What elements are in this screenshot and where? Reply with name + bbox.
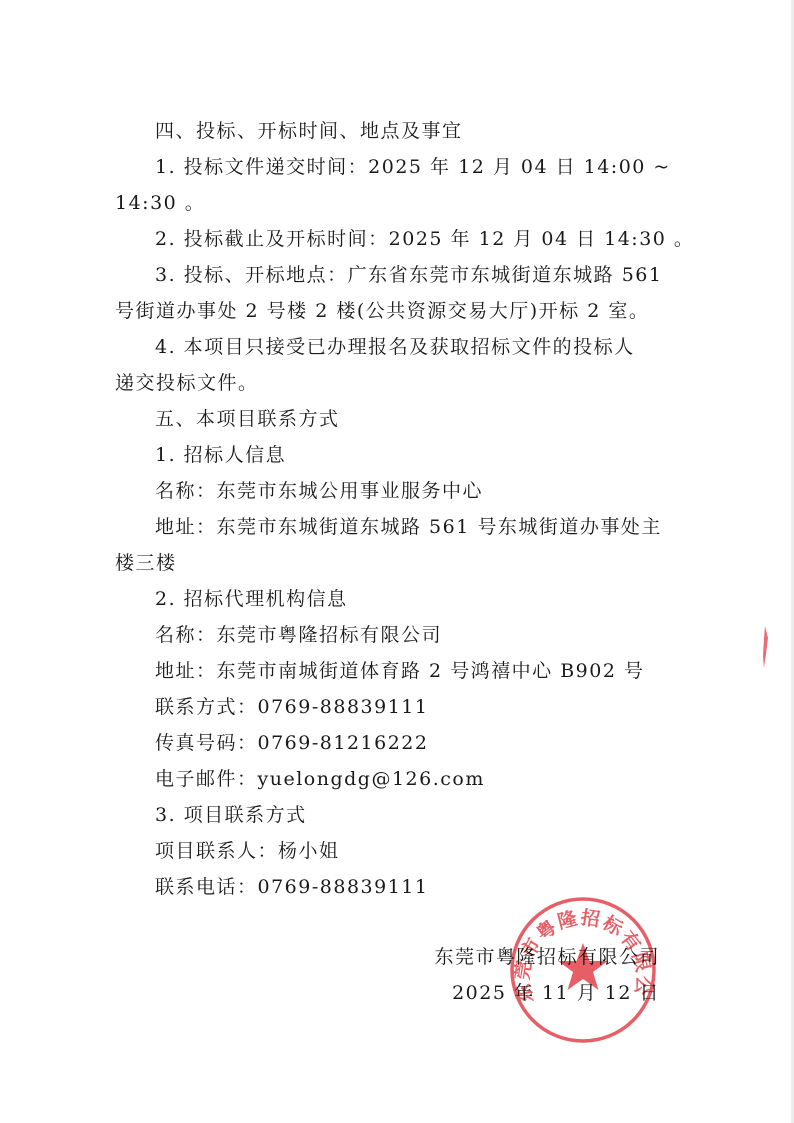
agency-fax: 传真号码：0769-81216222 <box>155 731 428 755</box>
agency-address: 地址：东莞市南城街道体育路 2 号鸿禧中心 B902 号 <box>155 659 644 683</box>
registration-note: 4. 本项目只接受已办理报名及获取招标文件的投标人 <box>155 335 635 359</box>
bid-submission-time: 1. 投标文件递交时间：2025 年 12 月 04 日 14:00 ~ <box>155 155 671 179</box>
project-contact-heading: 3. 项目联系方式 <box>155 803 307 827</box>
project-contact-person: 项目联系人：杨小姐 <box>155 839 340 863</box>
bid-deadline-time: 2. 投标截止及开标时间：2025 年 12 月 04 日 14:30 。 <box>155 227 694 251</box>
company-seal-stamp: 东莞市粤隆招标有限公司 <box>508 895 658 1045</box>
bid-opening-location: 3. 投标、开标地点：广东省东莞市东城街道东城路 561 <box>155 263 662 287</box>
section-5-heading: 五、本项目联系方式 <box>155 407 340 431</box>
agency-info-heading: 2. 招标代理机构信息 <box>155 587 348 611</box>
bid-submission-time-cont: 14:30 。 <box>115 191 205 215</box>
agency-name: 名称：东莞市粤隆招标有限公司 <box>155 623 442 647</box>
agency-email: 电子邮件：yuelongdg@126.com <box>155 767 485 791</box>
section-4-heading: 四、投标、开标时间、地点及事宜 <box>155 119 463 143</box>
tenderer-address: 地址：东莞市东城街道东城路 561 号东城街道办事处主 <box>155 515 662 539</box>
registration-note-cont: 递交投标文件。 <box>115 371 259 395</box>
bid-opening-location-cont: 号街道办事处 2 号楼 2 楼(公共资源交易大厅)开标 2 室。 <box>115 299 649 323</box>
project-contact-phone: 联系电话：0769-88839111 <box>155 875 428 899</box>
agency-phone: 联系方式：0769-88839111 <box>155 695 428 719</box>
tenderer-name: 名称：东莞市东城公用事业服务中心 <box>155 479 483 503</box>
tenderer-info-heading: 1. 招标人信息 <box>155 443 286 467</box>
tenderer-address-cont: 楼三楼 <box>115 551 177 575</box>
document-page: 四、投标、开标时间、地点及事宜 1. 投标文件递交时间：2025 年 12 月 … <box>0 0 794 1123</box>
star-icon <box>558 943 608 990</box>
red-edge-mark <box>762 626 770 668</box>
